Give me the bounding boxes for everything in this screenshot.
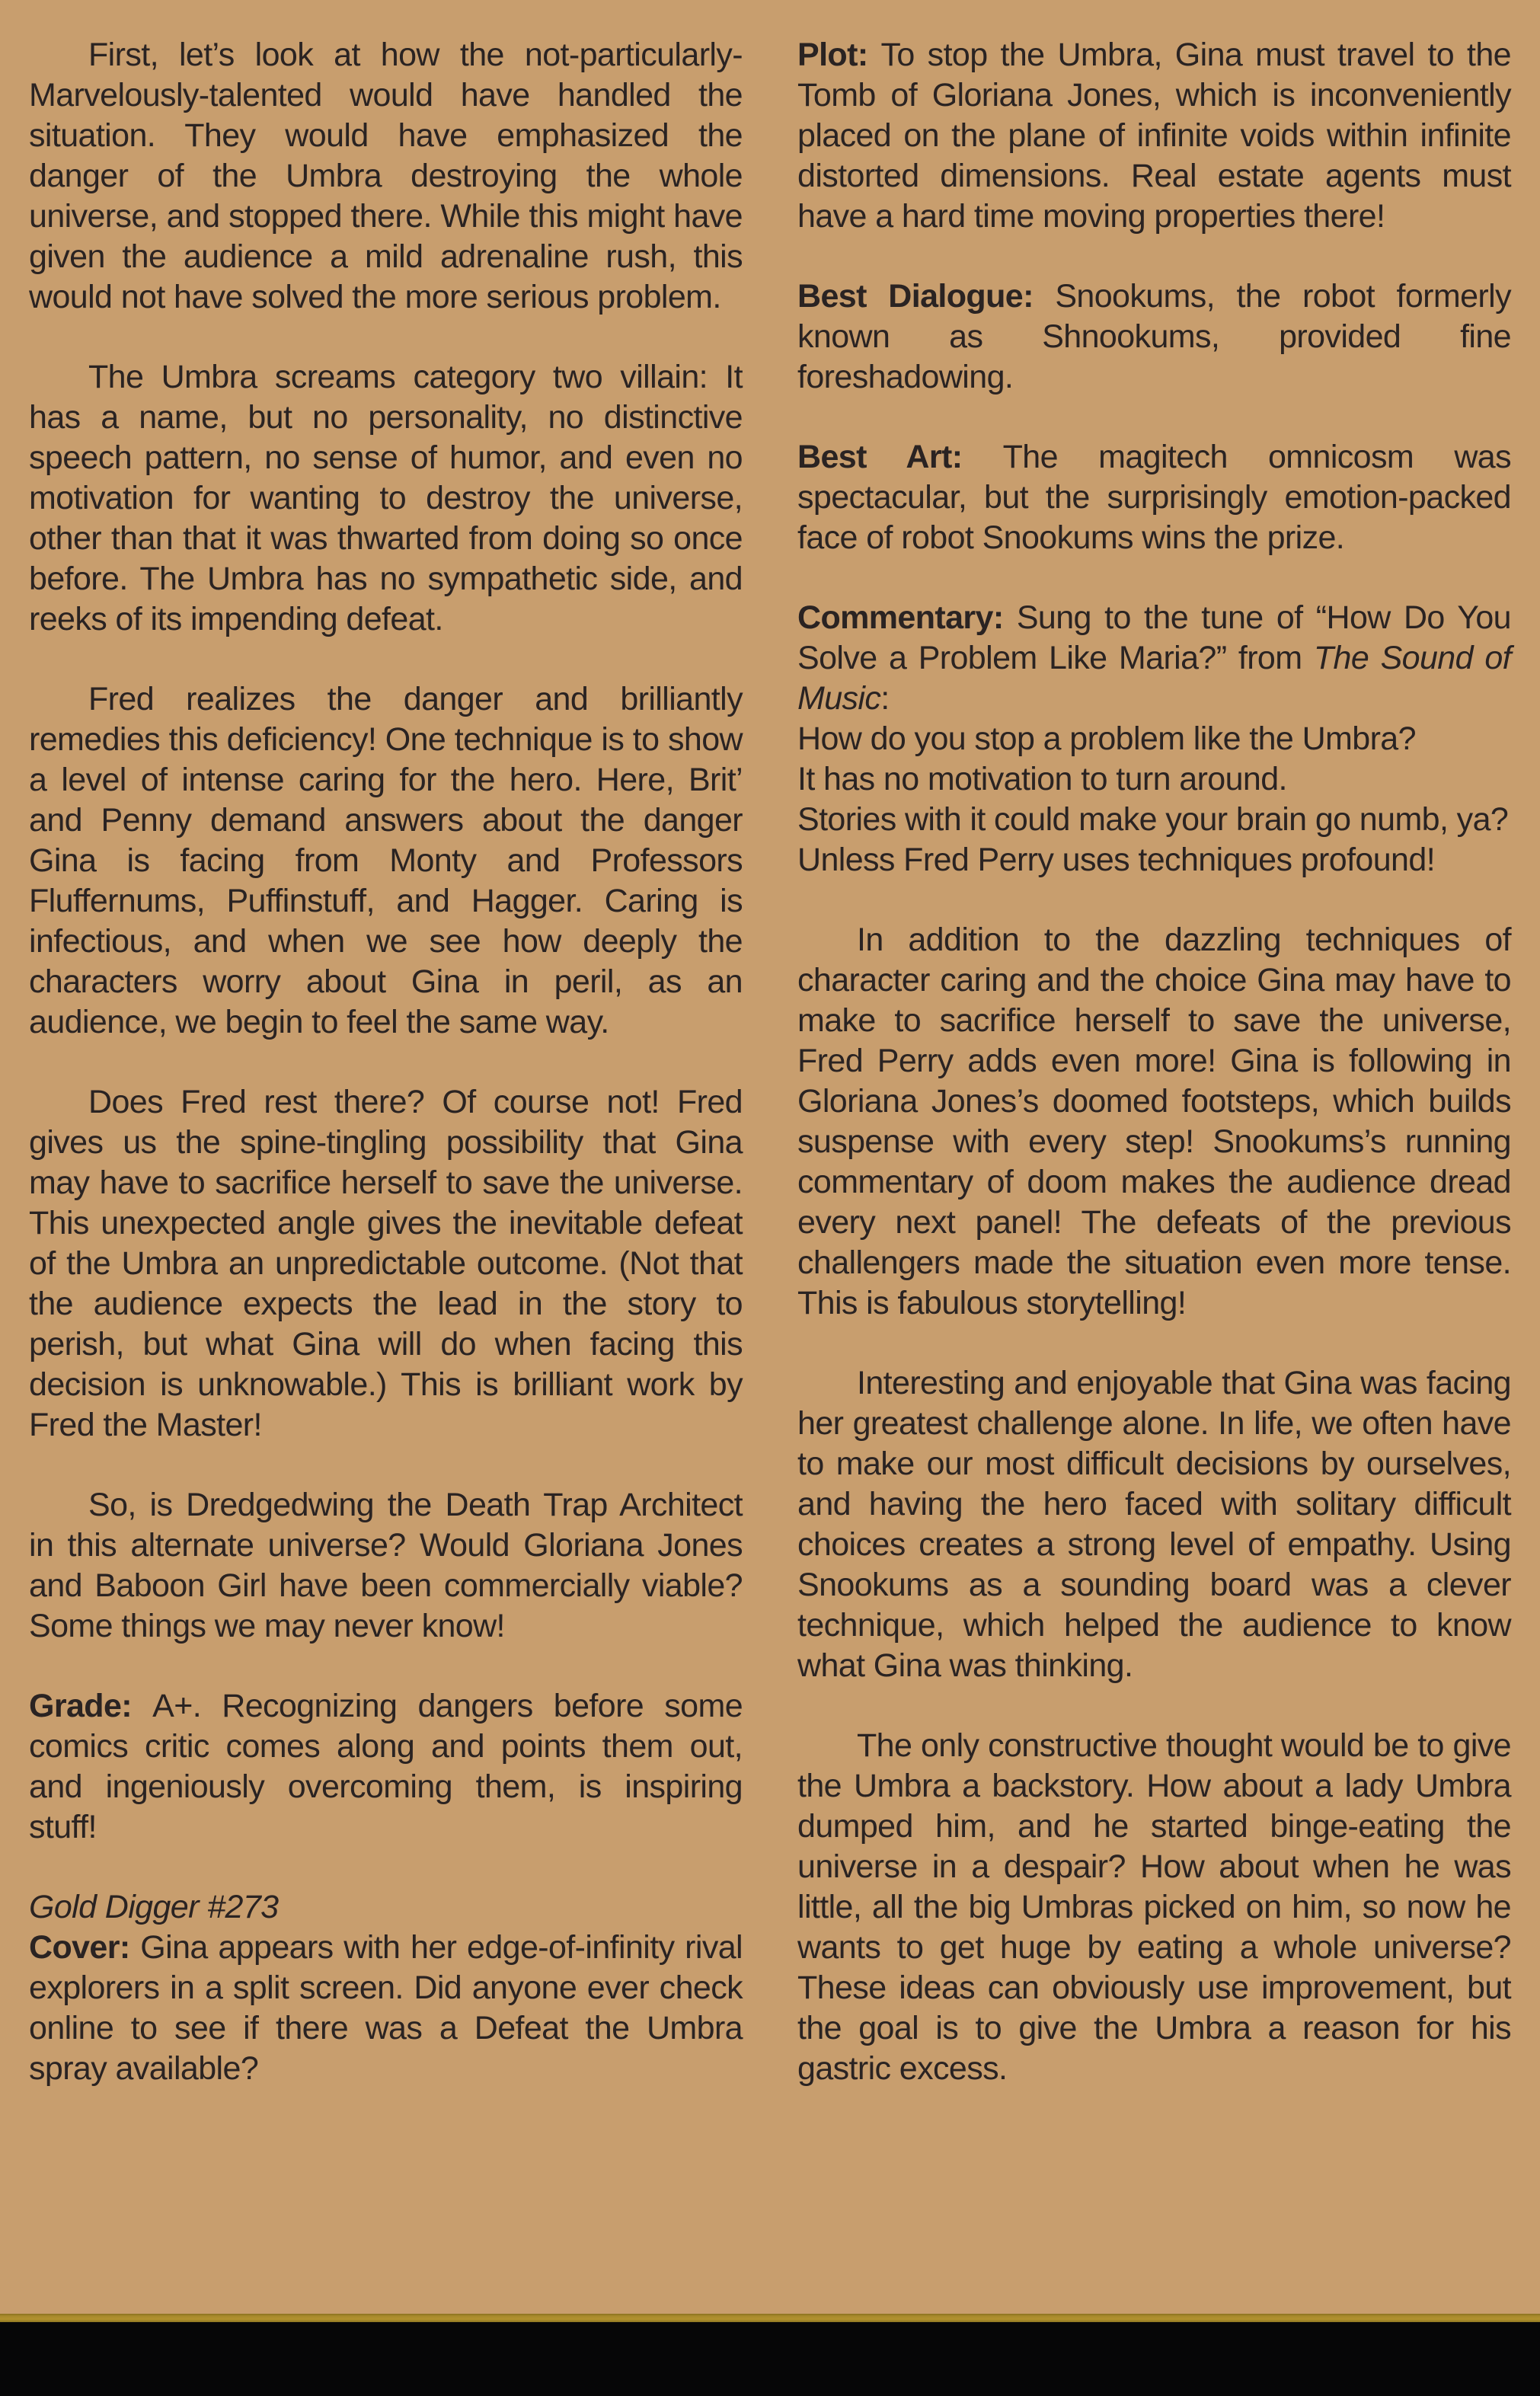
paragraph: Grade: A+. Recognizing dangers before so…	[29, 1686, 743, 1848]
text-run: Unless Fred Perry uses techniques profou…	[797, 842, 1435, 878]
text-run: Stories with it could make your brain go…	[797, 801, 1508, 838]
paragraph: Interesting and enjoyable that Gina was …	[797, 1363, 1511, 1686]
text-run-bold: Grade:	[29, 1688, 152, 1724]
gold-divider-rule	[0, 2314, 1540, 2322]
paragraph: Fred realizes the danger and brilliantly…	[29, 679, 743, 1043]
text-run: First, let’s look at how the not-particu…	[29, 37, 743, 315]
column-right: Plot: To stop the Umbra, Gina must trave…	[797, 35, 1511, 2129]
text-run-bold: Commentary:	[797, 599, 1017, 636]
paragraph: So, is Dredgedwing the Death Trap Archit…	[29, 1485, 743, 1647]
text-run: How do you stop a problem like the Umbra…	[797, 720, 1416, 757]
review-page: First, let’s look at how the not-particu…	[0, 0, 1540, 2396]
text-run: Does Fred rest there? Of course not! Fre…	[29, 1084, 743, 1443]
paragraph: In addition to the dazzling techniques o…	[797, 920, 1511, 1324]
column-left: First, let’s look at how the not-particu…	[29, 35, 743, 2129]
paragraph: Does Fred rest there? Of course not! Fre…	[29, 1082, 743, 1446]
text-run: Interesting and enjoyable that Gina was …	[797, 1365, 1511, 1684]
paragraph: Commentary: Sung to the tune of “How Do …	[797, 598, 1511, 880]
text-run-bold: Cover:	[29, 1929, 140, 1966]
text-run: The Umbra screams category two villain: …	[29, 359, 743, 637]
paragraph: First, let’s look at how the not-particu…	[29, 35, 743, 318]
paragraph: The only constructive thought would be t…	[797, 1726, 1511, 2089]
text-run: It has no motivation to turn around.	[797, 761, 1287, 797]
paragraph: Best Art: The magitech omnicosm was spec…	[797, 437, 1511, 558]
text-run: :	[880, 680, 889, 717]
text-run-italic: Gold Digger #273	[29, 1889, 278, 1925]
text-run: Fred realizes the danger and brilliantly…	[29, 681, 743, 1040]
two-column-layout: First, let’s look at how the not-particu…	[29, 35, 1511, 2129]
paper-background: First, let’s look at how the not-particu…	[0, 0, 1540, 2314]
text-run-bold: Plot:	[797, 37, 881, 73]
text-run: So, is Dredgedwing the Death Trap Archit…	[29, 1487, 743, 1644]
text-run-bold: Best Art:	[797, 439, 1003, 475]
paragraph: The Umbra screams category two villain: …	[29, 357, 743, 640]
paragraph: Best Dialogue: Snookums, the robot forme…	[797, 276, 1511, 398]
paragraph: Gold Digger #273	[29, 1887, 743, 1928]
text-run: In addition to the dazzling techniques o…	[797, 922, 1511, 1321]
paragraph: Plot: To stop the Umbra, Gina must trave…	[797, 35, 1511, 237]
paragraph: Cover: Gina appears with her edge-of-inf…	[29, 1928, 743, 2089]
text-run-bold: Best Dialogue:	[797, 278, 1055, 315]
text-run: The only constructive thought would be t…	[797, 1727, 1511, 2087]
text-run: To stop the Umbra, Gina must travel to t…	[797, 37, 1511, 235]
footer-black-bar	[0, 2322, 1540, 2396]
